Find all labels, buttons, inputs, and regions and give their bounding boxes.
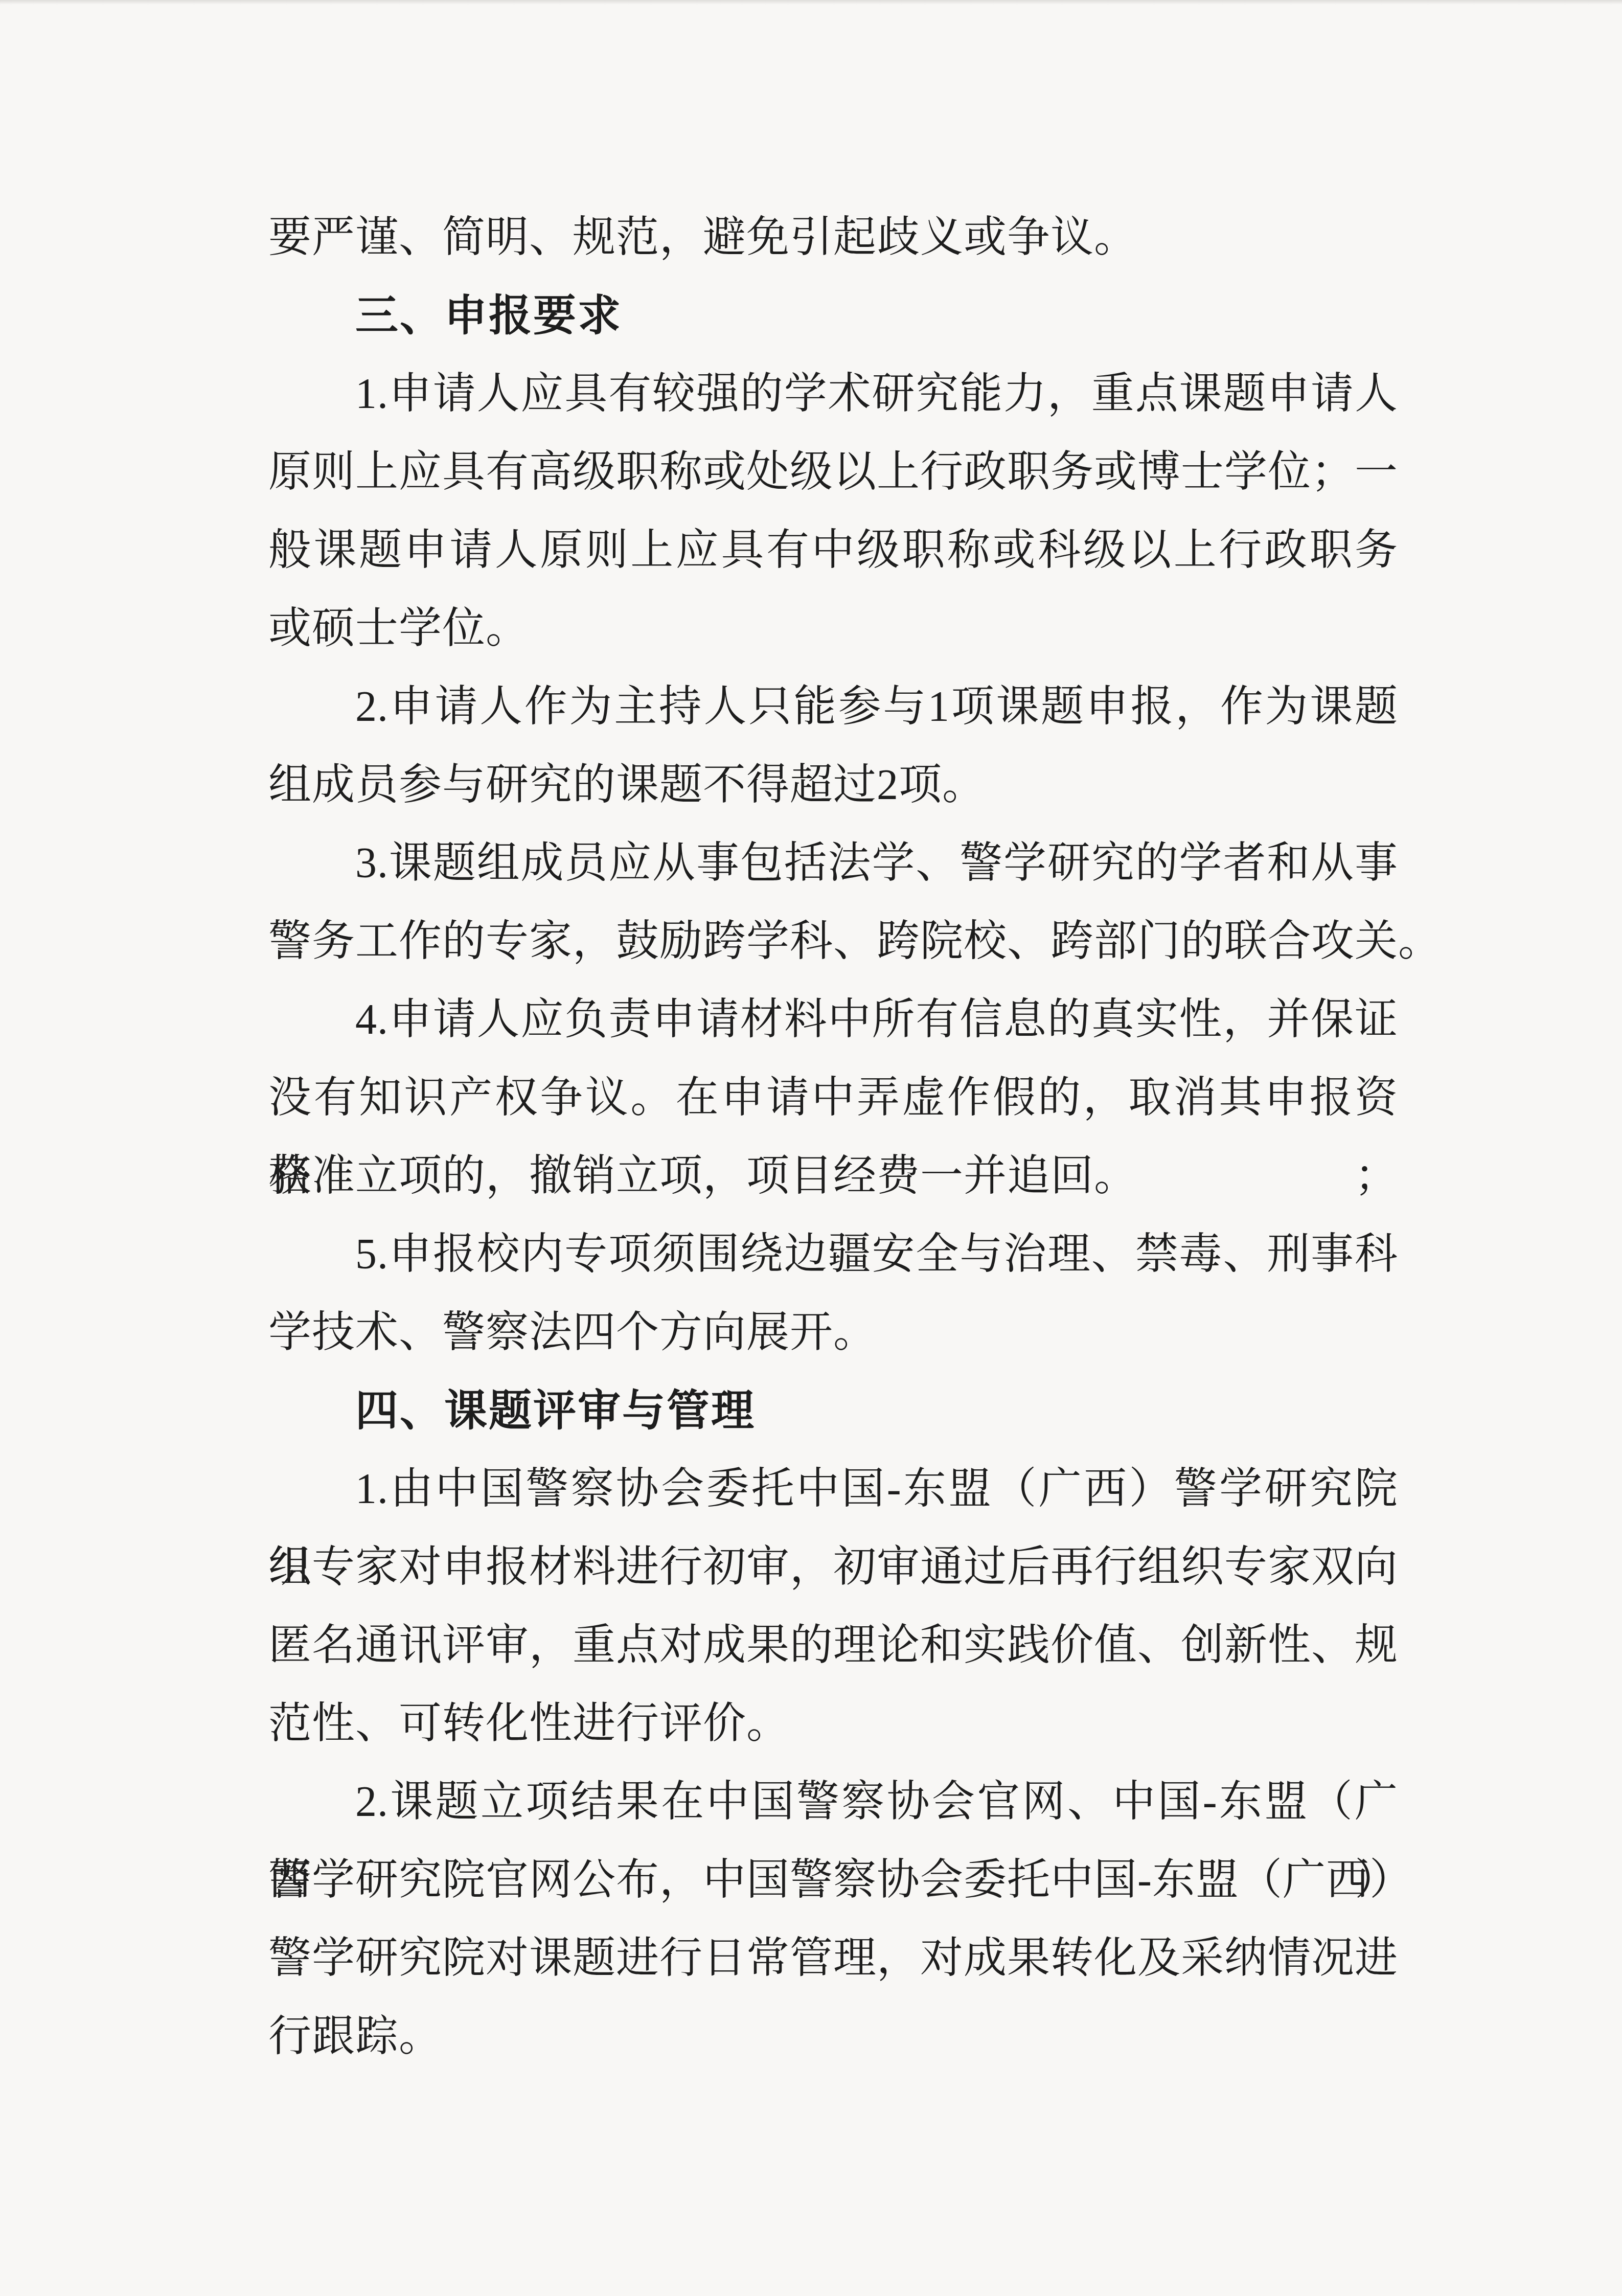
document-line: 原则上应具有高级职称或处级以上行政职务或博士学位；一: [268, 433, 1398, 511]
document-line: 行跟踪。: [268, 1997, 1398, 2076]
document-line: 2.课题立项结果在中国警察协会官网、中国-东盟（广西）: [268, 1763, 1398, 1841]
document-line: 5.申报校内专项须围绕边疆安全与治理、禁毒、刑事科: [268, 1215, 1398, 1293]
document-line: 范性、可转化性进行评价。: [268, 1685, 1398, 1763]
document-line: 1.由中国警察协会委托中国-东盟（广西）警学研究院组: [268, 1450, 1398, 1528]
document-line: 般课题申请人原则上应具有中级职称或科级以上行政职务: [268, 511, 1398, 589]
document-line: 警务工作的专家，鼓励跨学科、跨院校、跨部门的联合攻关。: [268, 902, 1398, 981]
document-line: 警学研究院对课题进行日常管理，对成果转化及采纳情况进: [268, 1919, 1398, 1997]
document-page: 要严谨、简明、规范，避免引起歧义或争议。 三、申报要求 1.申请人应具有较强的学…: [0, 0, 1622, 2296]
document-line: 或硕士学位。: [268, 589, 1398, 668]
document-line: 匿名通讯评审，重点对成果的理论和实践价值、创新性、规: [268, 1606, 1398, 1685]
scan-edge-shadow: [0, 0, 1622, 5]
document-line: 警学研究院官网公布，中国警察协会委托中国-东盟（广西）: [268, 1841, 1398, 1919]
document-line: 4.申请人应负责申请材料中所有信息的真实性，并保证: [268, 981, 1398, 1059]
section-heading-3: 三、申报要求: [268, 277, 1398, 355]
document-line: 没有知识产权争议。在申请中弄虚作假的，取消其申报资格；: [268, 1059, 1398, 1137]
document-line: 1.申请人应具有较强的学术研究能力，重点课题申请人: [268, 355, 1398, 433]
document-line: 3.课题组成员应从事包括法学、警学研究的学者和从事: [268, 824, 1398, 902]
section-heading-4: 四、课题评审与管理: [268, 1372, 1398, 1450]
document-line: 织专家对申报材料进行初审，初审通过后再行组织专家双向: [268, 1528, 1398, 1606]
document-line: 学技术、警察法四个方向展开。: [268, 1293, 1398, 1372]
document-line: 组成员参与研究的课题不得超过2项。: [268, 746, 1398, 824]
document-content: 要严谨、简明、规范，避免引起歧义或争议。 三、申报要求 1.申请人应具有较强的学…: [268, 198, 1398, 2076]
document-line: 2.申请人作为主持人只能参与1项课题申报，作为课题: [268, 668, 1398, 746]
document-line: 要严谨、简明、规范，避免引起歧义或争议。: [268, 198, 1398, 277]
